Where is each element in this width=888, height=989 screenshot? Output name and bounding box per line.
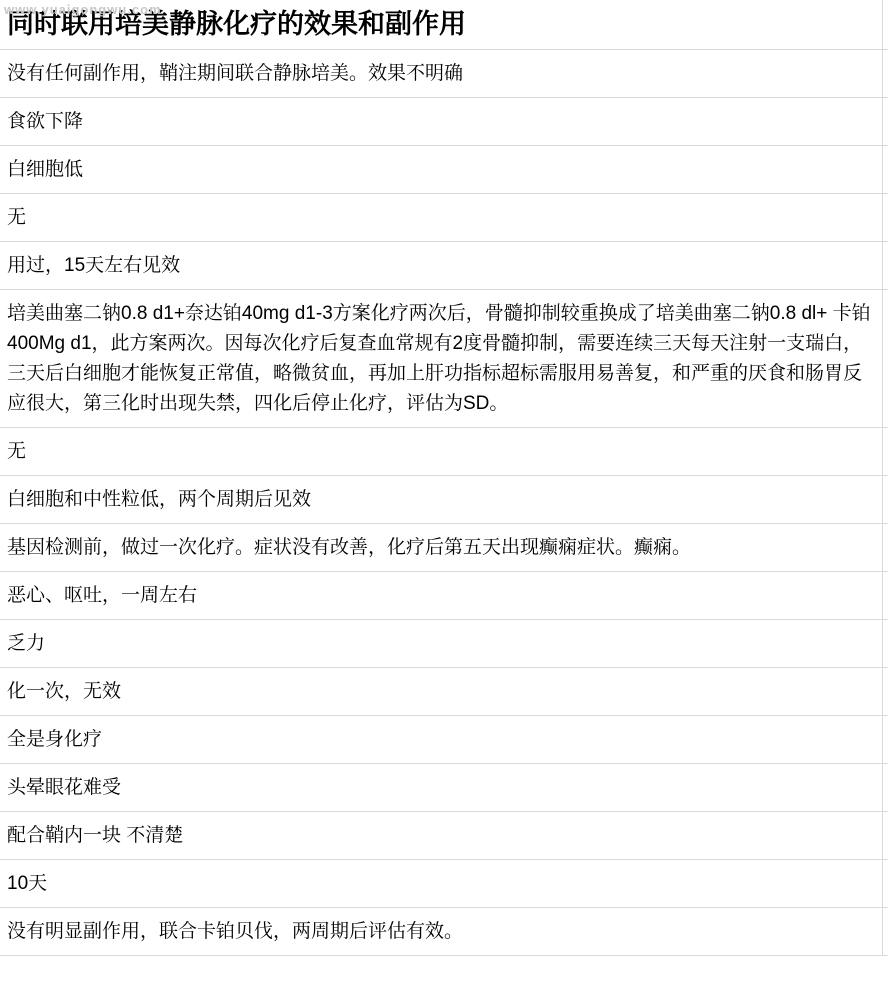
row-text: 无 [7, 203, 876, 233]
table-row: 白细胞低 [0, 146, 888, 194]
row-text: 无 [7, 437, 876, 467]
table-row: 培美曲塞二钠0.8 d1+奈达铂40mg d1-3方案化疗两次后，骨髓抑制较重换… [0, 290, 888, 428]
row-text: 食欲下降 [7, 107, 876, 137]
row-text: 白细胞低 [7, 155, 876, 185]
table-row: 没有明显副作用，联合卡铂贝伐，两周期后评估有效。 [0, 908, 888, 956]
row-text: 化一次，无效 [7, 677, 876, 707]
watermark: www.yuaigongwu.com [4, 2, 162, 17]
table-row: 白细胞和中性粒低，两个周期后见效 [0, 476, 888, 524]
table-row: 乏力 [0, 620, 888, 668]
row-text: 10天 [7, 869, 876, 899]
row-text: 没有任何副作用，鞘注期间联合静脉培美。效果不明确 [7, 59, 876, 89]
table-row: 10天 [0, 860, 888, 908]
table-row: 化一次，无效 [0, 668, 888, 716]
table-row: 无 [0, 194, 888, 242]
row-text: 用过，15天左右见效 [7, 251, 876, 281]
table-row: 全是身化疗 [0, 716, 888, 764]
table-row: 用过，15天左右见效 [0, 242, 888, 290]
table-row: 恶心、呕吐，一周左右 [0, 572, 888, 620]
row-text: 乏力 [7, 629, 876, 659]
row-text: 基因检测前，做过一次化疗。症状没有改善，化疗后第五天出现癫痫症状。癫痫。 [7, 533, 876, 563]
results-table: 同时联用培美静脉化疗的效果和副作用 没有任何副作用，鞘注期间联合静脉培美。效果不… [0, 0, 888, 956]
row-text: 全是身化疗 [7, 725, 876, 755]
rows-container: 没有任何副作用，鞘注期间联合静脉培美。效果不明确食欲下降白细胞低无用过，15天左… [0, 50, 888, 956]
row-text: 配合鞘内一块 不清楚 [7, 821, 876, 851]
row-text: 头晕眼花难受 [7, 773, 876, 803]
table-row: 食欲下降 [0, 98, 888, 146]
table-row: 配合鞘内一块 不清楚 [0, 812, 888, 860]
row-text: 白细胞和中性粒低，两个周期后见效 [7, 485, 876, 515]
row-text: 培美曲塞二钠0.8 d1+奈达铂40mg d1-3方案化疗两次后，骨髓抑制较重换… [7, 299, 876, 419]
table-row: 头晕眼花难受 [0, 764, 888, 812]
table-row: 没有任何副作用，鞘注期间联合静脉培美。效果不明确 [0, 50, 888, 98]
table-row: 无 [0, 428, 888, 476]
row-text: 没有明显副作用，联合卡铂贝伐，两周期后评估有效。 [7, 917, 876, 947]
table-row: 基因检测前，做过一次化疗。症状没有改善，化疗后第五天出现癫痫症状。癫痫。 [0, 524, 888, 572]
row-text: 恶心、呕吐，一周左右 [7, 581, 876, 611]
